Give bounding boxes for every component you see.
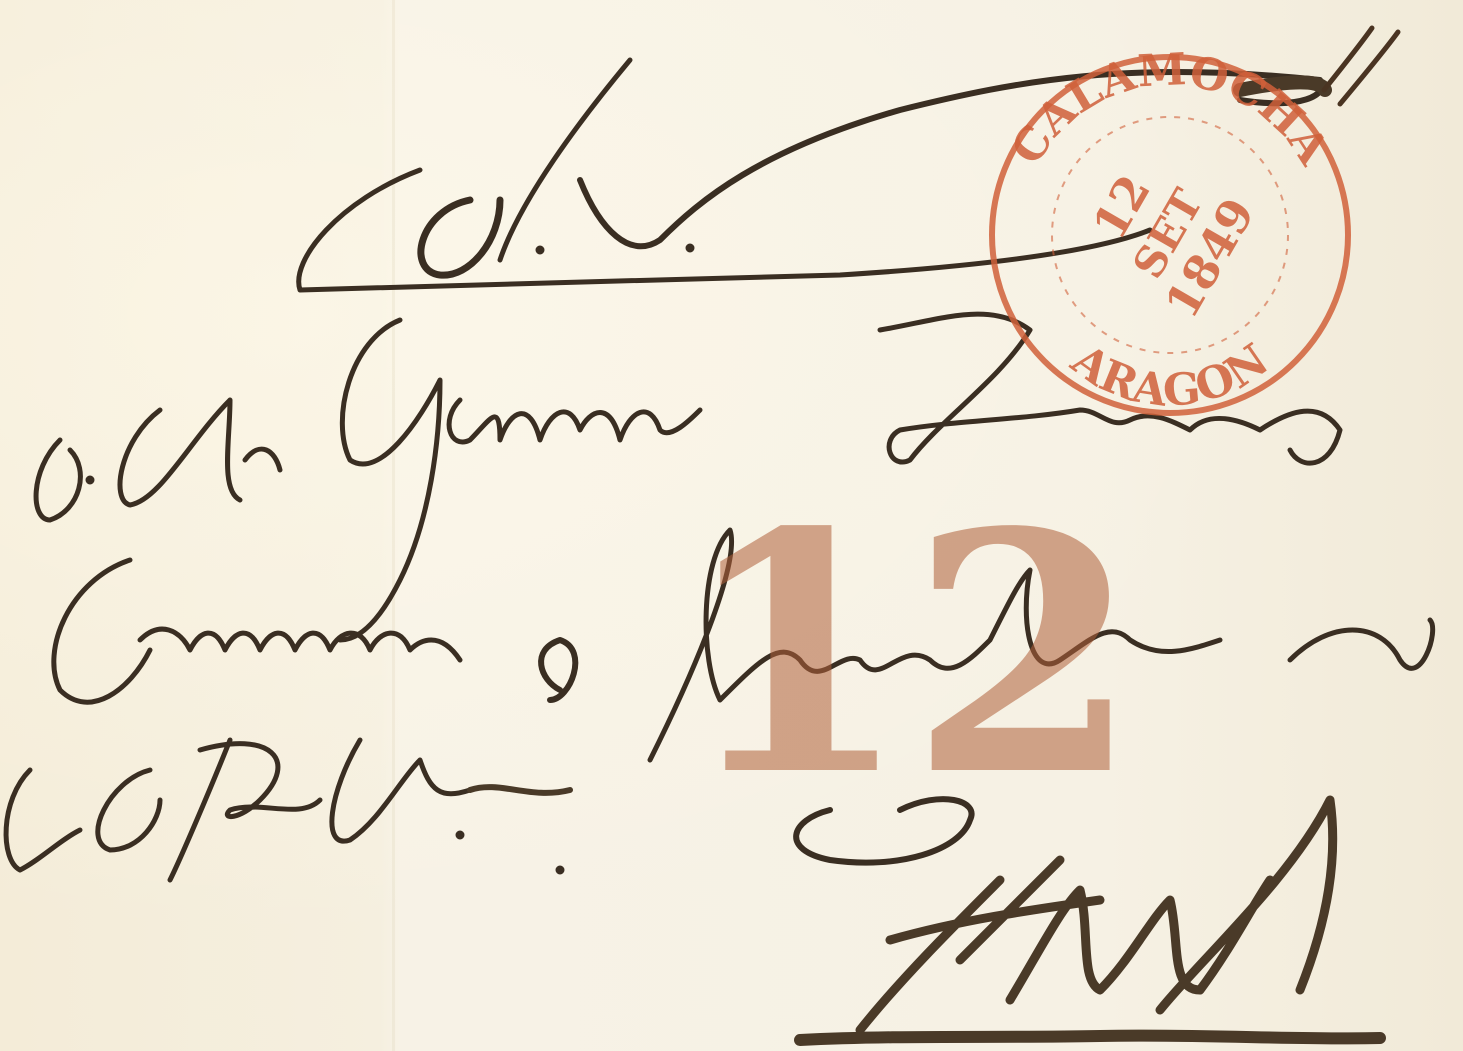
svg-text:CALAMOCHA: CALAMOCHA [1002, 44, 1339, 174]
postmark-town: CALAMOCHA [1002, 44, 1339, 174]
postal-cover: 12 CALAMOCHA ARAGON 12 SET 1849 S. N. [0, 0, 1463, 1051]
svg-text:ARAGON: ARAGON [1061, 334, 1277, 417]
postmark-region: ARAGON [1061, 334, 1277, 417]
postmark: CALAMOCHA ARAGON 12 SET 1849 [0, 0, 1463, 1051]
